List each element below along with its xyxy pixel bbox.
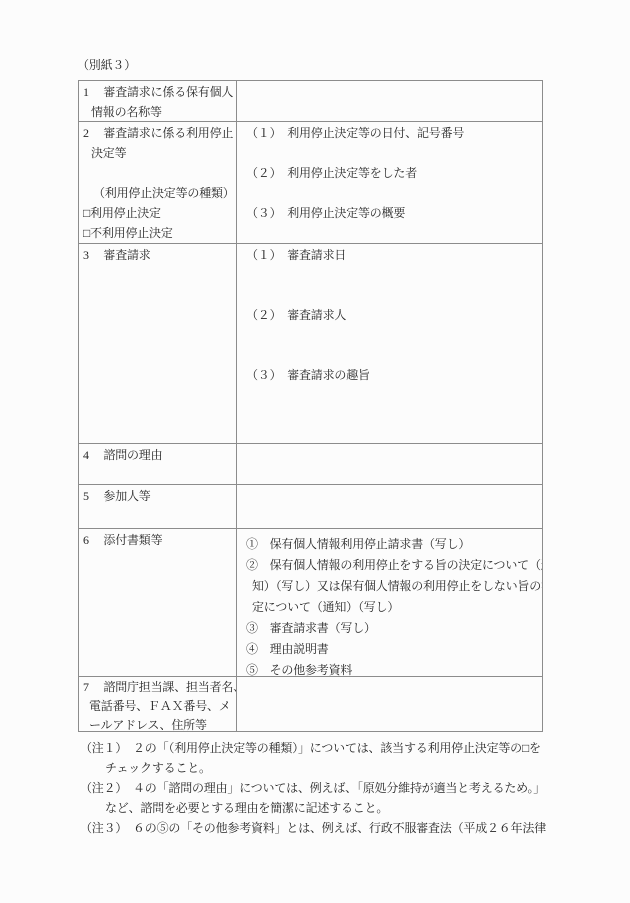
page-title: （別紙３） [77, 56, 136, 74]
row-3-subitem-1: （１） 審査請求日 [246, 245, 540, 265]
attachment-item-2: ② 保有個人情報の利用停止をする旨の決定について（通 [246, 555, 540, 576]
row-2-subitem-1: （１） 利用停止決定等の日付、記号番号 [246, 123, 540, 143]
table-row-2: 2 審査請求に係る利用停止 決定等 （利用停止決定等の種類） □利用停止決定 □… [79, 122, 542, 244]
row-7-item-label-cont: ールアドレス、住所等 [83, 716, 234, 731]
row-7-item-label: 7 諮問庁担当課、担当者名、 [83, 678, 234, 697]
row-3-blank [246, 385, 540, 405]
attachment-item-2-cont: 定について（通知）（写し） [246, 597, 540, 618]
row-3-content-cell: （１） 審査請求日 （２） 審査請求人 （３） 審査請求の趣旨 [237, 244, 542, 443]
checkbox-riyou-teishi-kettei: □利用停止決定 [83, 203, 234, 223]
row-4-item-cell: 4 諮問の理由 [79, 444, 237, 484]
row-3-blank [246, 345, 540, 365]
row-2-item-label: 2 審査請求に係る利用停止 [83, 123, 234, 143]
row-2-blank [246, 143, 540, 163]
row-2-item-cell: 2 審査請求に係る利用停止 決定等 （利用停止決定等の種類） □利用停止決定 □… [79, 122, 237, 243]
row-4-item-label: 4 諮問の理由 [83, 445, 234, 465]
row-7-item-cell: 7 諮問庁担当課、担当者名、 電話番号、ＦＡＸ番号、メ ールアドレス、住所等 [79, 677, 237, 731]
note-3: （注３） ６の⑤の「その他参考資料」とは、例えば、行政不服審査法（平成２６年法律 [80, 818, 560, 838]
attachment-item-1: ① 保有個人情報利用停止請求書（写し） [246, 534, 540, 555]
row-5-item-label: 5 参加人等 [83, 486, 234, 506]
table-row-6: 6 添付書類等 ① 保有個人情報利用停止請求書（写し） ② 保有個人情報の利用停… [79, 529, 542, 677]
row-5-content-cell [237, 485, 542, 528]
row-3-blank [246, 265, 540, 285]
attachment-item-2-cont: 知）（写し）又は保有個人情報の利用停止をしない旨の決 [246, 576, 540, 597]
row-7-content-cell [237, 677, 542, 731]
note-1: （注１） ２の「（利用停止決定等の種類）」については、該当する利用停止決定等の□… [80, 738, 560, 758]
table-row-3: 3 審査請求 （１） 審査請求日 （２） 審査請求人 （３） 審査請求の趣旨 [79, 244, 542, 444]
row-7-item-label-cont: 電話番号、ＦＡＸ番号、メ [83, 697, 234, 716]
row-2-content-cell: （１） 利用停止決定等の日付、記号番号 （２） 利用停止決定等をした者 （３） … [237, 122, 542, 243]
row-3-item-label: 3 審査請求 [83, 245, 234, 265]
row-6-item-label: 6 添付書類等 [83, 530, 234, 550]
row-1-item-cell: 1 審査請求に係る保有個人 情報の名称等 [79, 81, 237, 121]
row-4-content-cell [237, 444, 542, 484]
checkbox-fu-riyou-teishi-kettei: □不利用停止決定 [83, 223, 234, 243]
table-row-7: 7 諮問庁担当課、担当者名、 電話番号、ＦＡＸ番号、メ ールアドレス、住所等 [79, 677, 542, 731]
row-1-item-label-cont: 情報の名称等 [83, 102, 234, 121]
row-3-subitem-2: （２） 審査請求人 [246, 305, 540, 325]
table-row-1: 1 審査請求に係る保有個人 情報の名称等 [79, 81, 542, 122]
row-2-blank [246, 223, 540, 243]
row-6-content-cell: ① 保有個人情報利用停止請求書（写し） ② 保有個人情報の利用停止をする旨の決定… [237, 529, 542, 676]
consultation-form-table: 1 審査請求に係る保有個人 情報の名称等 2 審査請求に係る利用停止 決定等 （… [78, 80, 543, 732]
row-6-item-cell: 6 添付書類等 [79, 529, 237, 676]
row-1-item-label: 1 審査請求に係る保有個人 [83, 82, 234, 102]
row-3-item-cell: 3 審査請求 [79, 244, 237, 443]
row-3-blank [246, 405, 540, 425]
row-3-subitem-3: （３） 審査請求の趣旨 [246, 365, 540, 385]
footnotes: （注１） ２の「（利用停止決定等の種類）」については、該当する利用停止決定等の□… [80, 738, 560, 838]
row-2-subitem-2: （２） 利用停止決定等をした者 [246, 163, 540, 183]
attachment-item-3: ③ 審査請求書（写し） [246, 618, 540, 639]
row-1-content-cell [237, 81, 542, 121]
row-3-blank [246, 425, 540, 443]
row-2-blank [246, 183, 540, 203]
row-5-item-cell: 5 参加人等 [79, 485, 237, 528]
row-3-blank [246, 325, 540, 345]
table-row-4: 4 諮問の理由 [79, 444, 542, 485]
attachment-item-4: ④ 理由説明書 [246, 639, 540, 660]
note-1-continuation: チェックすること。 [80, 758, 560, 778]
scanned-document-page: （別紙３） 1 審査請求に係る保有個人 情報の名称等 2 審査請求に係る利用停止… [0, 0, 630, 903]
table-row-5: 5 参加人等 [79, 485, 542, 529]
row-2-item-label-cont: 決定等 [83, 143, 234, 163]
row-2-type-heading: （利用停止決定等の種類） [83, 183, 234, 203]
attachment-item-5: ⑤ その他参考資料 [246, 660, 540, 676]
row-3-blank [246, 285, 540, 305]
note-2-continuation: など、諮問を必要とする理由を簡潔に記述すること。 [80, 798, 560, 818]
note-2: （注２） ４の「諮問の理由」については、例えば、「原処分維持が適当と考えるため。… [80, 778, 560, 798]
row-2-blank-line [83, 163, 234, 183]
row-2-subitem-3: （３） 利用停止決定等の概要 [246, 203, 540, 223]
